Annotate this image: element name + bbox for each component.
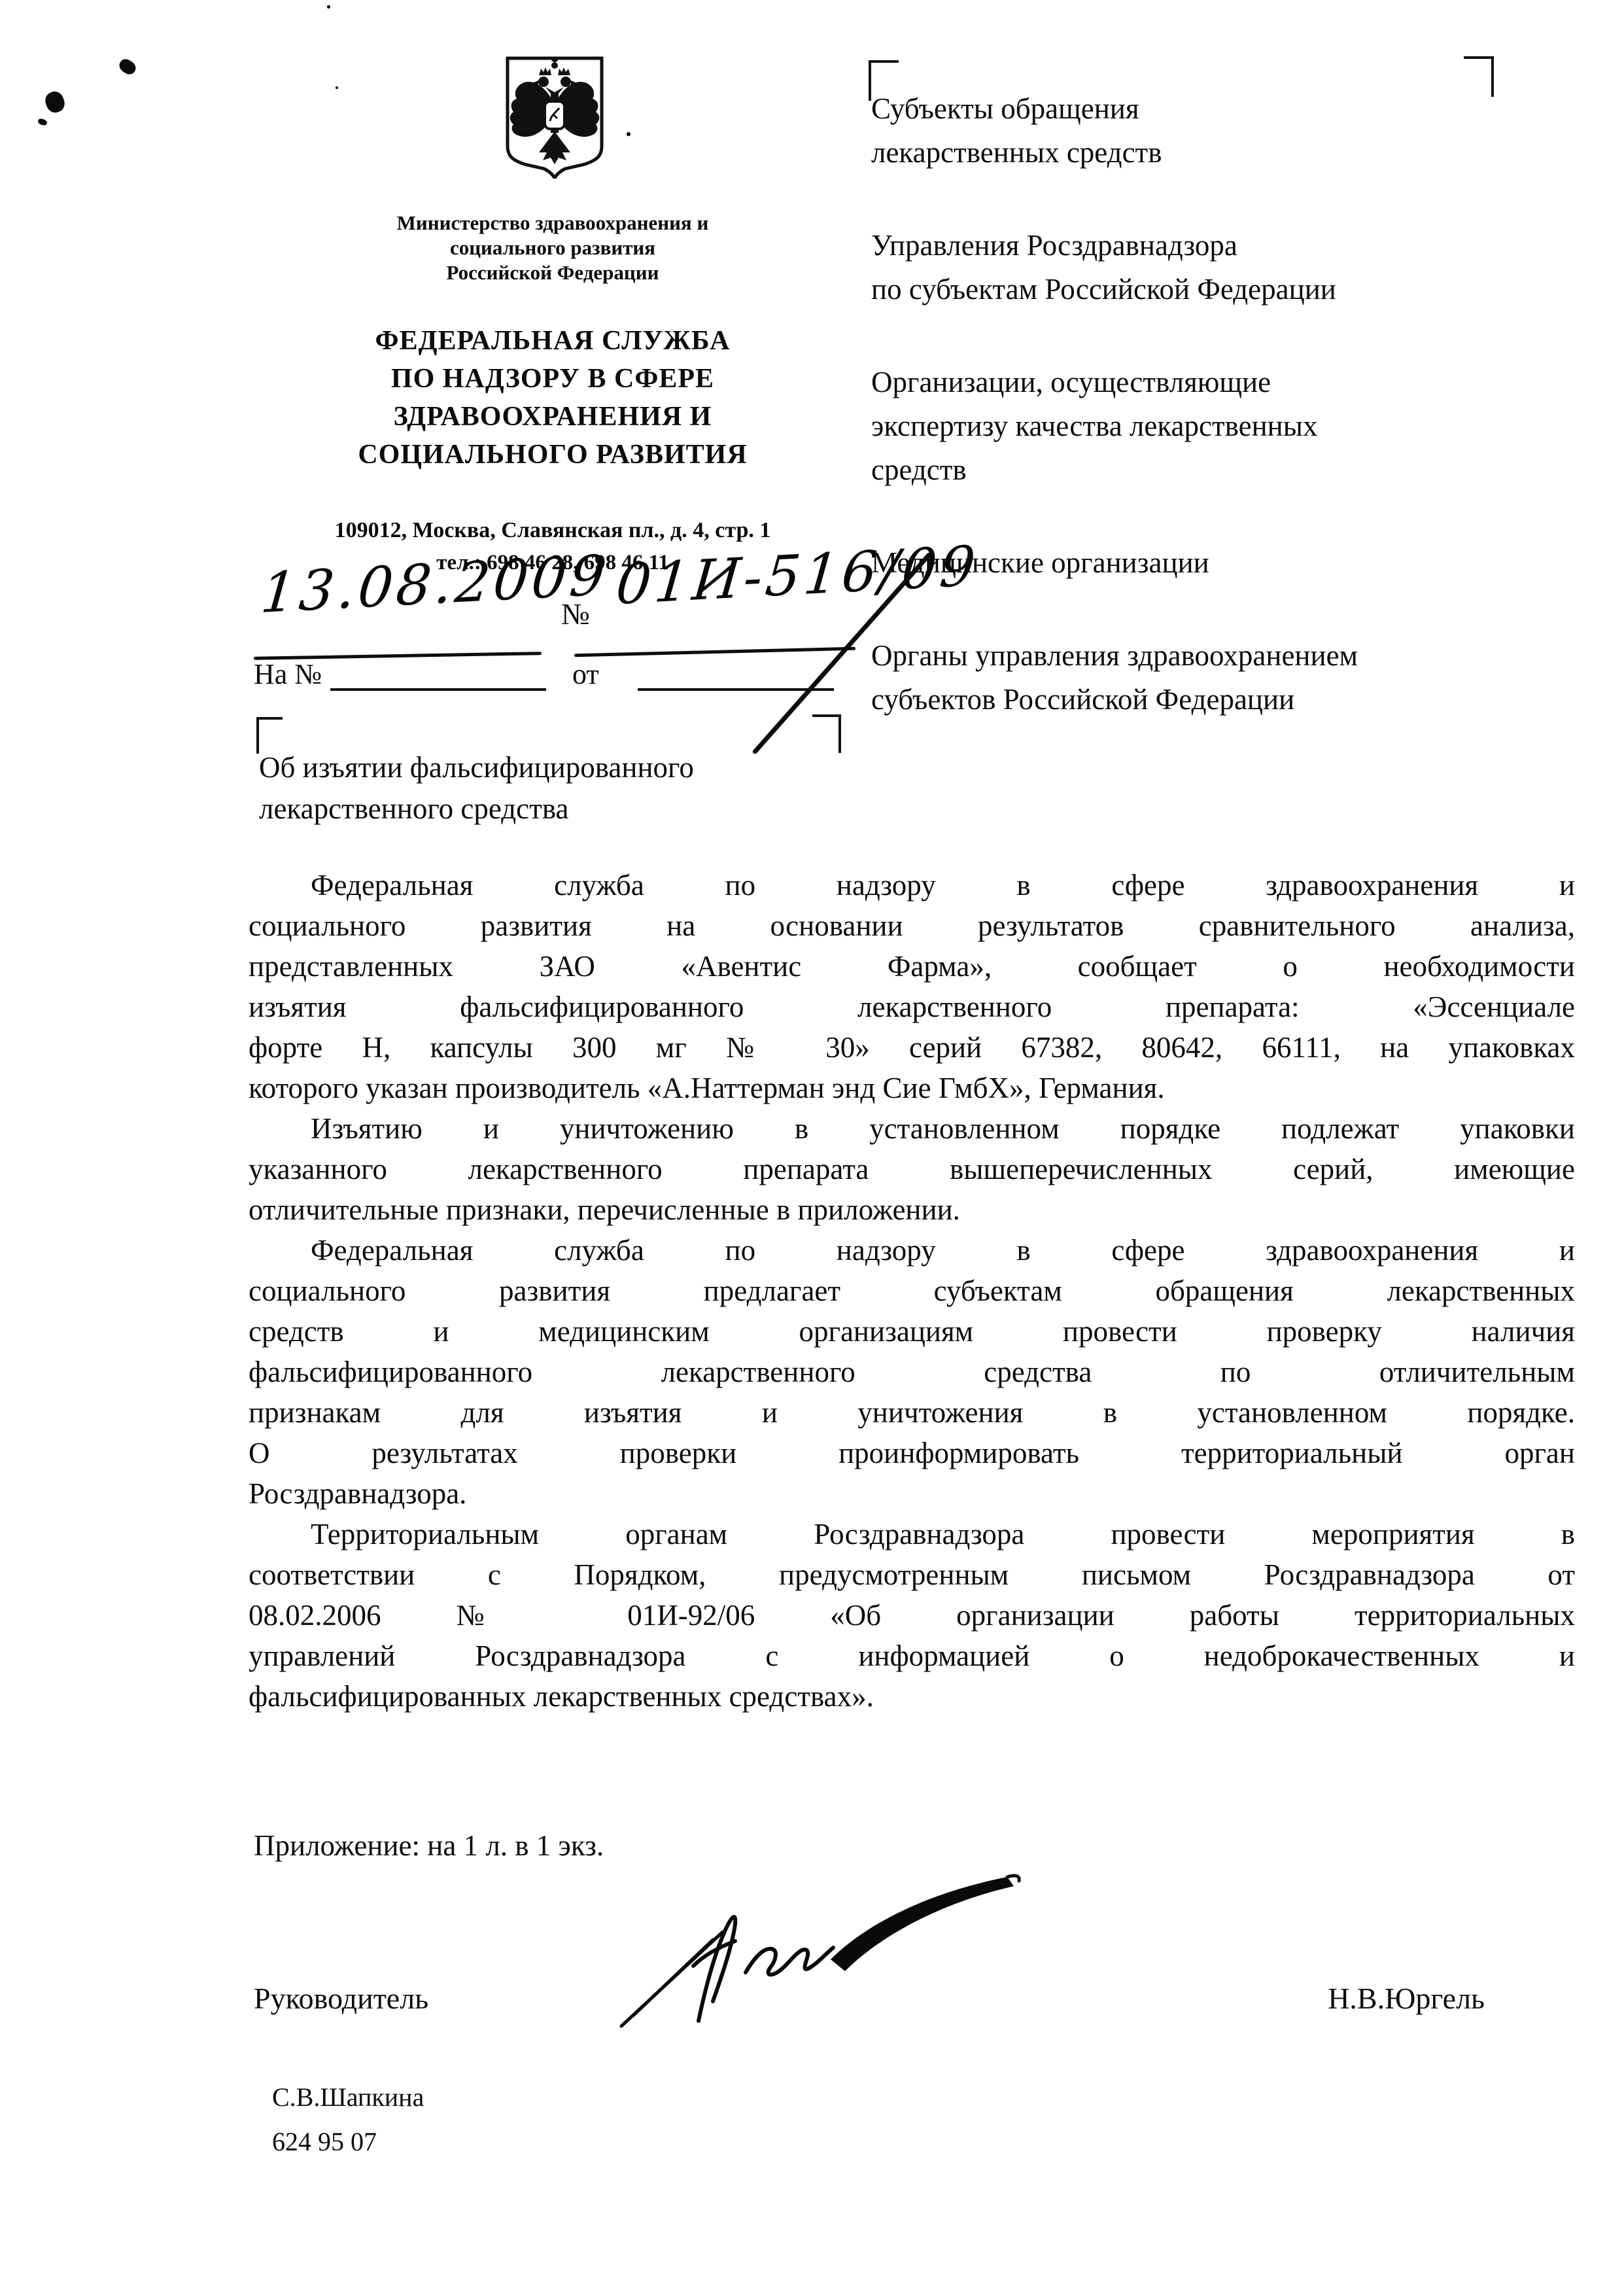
ink-speck (627, 132, 631, 136)
number-underline (574, 647, 855, 657)
letter-subject: Об изъятии фальсифицированноголекарствен… (259, 747, 795, 830)
ink-speck (327, 5, 330, 9)
paragraph-1: Федеральная служба по надзору в сфере зд… (249, 865, 1575, 1108)
service-name: ФЕДЕРАЛЬНАЯ СЛУЖБАПО НАДЗОРУ В СФЕРЕЗДРА… (262, 322, 844, 474)
executor-phone: 624 95 07 (272, 2126, 377, 2157)
scanned-letter-page: Министерство здравоохранения исоциальног… (0, 0, 1624, 2295)
letter-body: Федеральная служба по надзору в сфере зд… (249, 865, 1575, 1717)
addressee-subjects-of-drug-circulation: Субъекты обращениялекарственных средств (871, 87, 1525, 175)
signer-position: Руководитель (254, 1981, 428, 2016)
addressee-quality-expertise-organizations: Организации, осуществляющиеэкспертизу ка… (871, 360, 1525, 492)
reply-number-label: На № (254, 657, 322, 691)
paragraph-2: Изъятию и уничтожению в установленном по… (249, 1108, 1575, 1230)
ministry-name: Министерство здравоохранения исоциальног… (262, 211, 844, 285)
ink-speck (336, 86, 338, 89)
corner-bracket-icon (812, 714, 841, 753)
number-sign: № (561, 597, 590, 631)
ink-speck (117, 56, 139, 77)
executor-name: С.В.Шапкина (272, 2082, 424, 2112)
paragraph-3: Федеральная служба по надзору в сфере зд… (249, 1230, 1575, 1514)
signature-icon (615, 1858, 1086, 2035)
service-address: 109012, Москва, Славянская пл., д. 4, ст… (262, 518, 844, 543)
ink-speck (37, 118, 48, 126)
signer-name: Н.В.Юргель (1269, 1981, 1485, 2016)
reply-date-label: от (572, 657, 599, 691)
ink-speck (43, 89, 67, 115)
addressee-roszdravnadzor-departments: Управления Росздравнадзорапо субъектам Р… (871, 224, 1525, 311)
reply-number-blank (330, 688, 546, 691)
paragraph-4: Территориальным органам Росздравнадзора … (249, 1514, 1575, 1717)
reply-date-blank (638, 688, 834, 691)
addressee-medical-organizations: Медицинские организации (871, 541, 1525, 585)
addressee-list: Субъекты обращениялекарственных средств … (871, 87, 1525, 771)
russia-coat-of-arms-icon (502, 54, 607, 179)
attachment-note: Приложение: на 1 л. в 1 экз. (254, 1829, 604, 1863)
addressee-health-authorities: Органы управления здравоохранениемсубъек… (871, 634, 1525, 722)
